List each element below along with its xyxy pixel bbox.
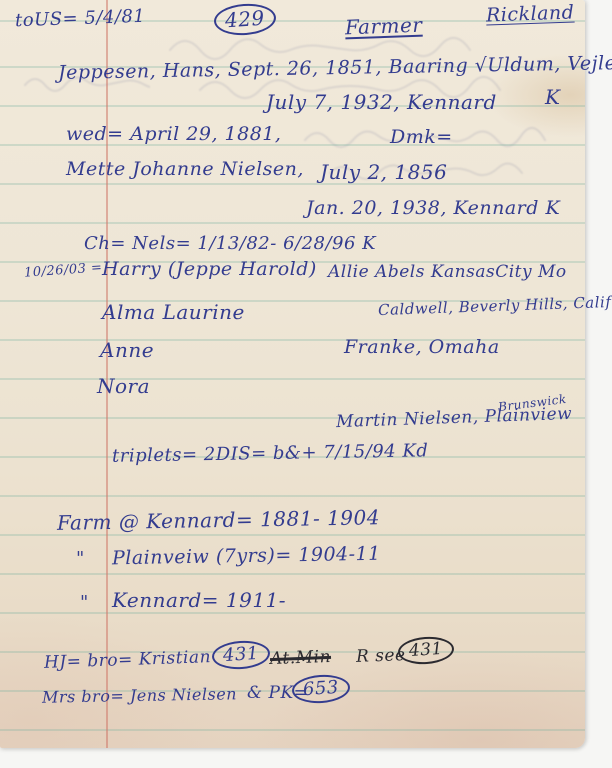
child-1: Ch= Nels= 1/13/82- 6/28/96 K: [84, 233, 376, 254]
ref-431-blue: 431: [212, 641, 270, 669]
child-4: Anne: [100, 338, 154, 362]
occupation: Farmer: [345, 13, 423, 40]
child-5: Nora: [97, 374, 150, 398]
wife-birth: July 2, 1856: [320, 160, 447, 184]
child-3: Alma Laurine: [102, 300, 245, 324]
wife-death: Jan. 20, 1938, Kennard K: [306, 197, 560, 219]
card-number-circled: 429: [214, 4, 276, 35]
child-2-spouse: Allie Abels KansasCity Mo: [328, 262, 567, 282]
ref-653-circled: 653: [292, 675, 350, 703]
farm-history-3: Kennard= 1911-: [112, 588, 286, 612]
immigration-note: toUS= 5/4/81: [15, 6, 146, 32]
margin-date: 10/26/03 =: [24, 260, 103, 280]
ditto-mark: ": [76, 548, 85, 569]
child-4-spouse: Franke, Omaha: [344, 336, 500, 358]
wife-name: Mette Johanne Nielsen,: [66, 158, 304, 180]
hj-brother-note: HJ= bro= Kristian: [44, 647, 212, 673]
farm-history-2: Plainveiw (7yrs)= 1904-11: [112, 543, 381, 570]
triplets-note: triplets= 2DIS= b&+ 7/15/94 Kd: [112, 440, 429, 467]
residence: Rickland: [486, 1, 575, 26]
subject-death-code: K: [545, 85, 560, 109]
card-number: 429: [213, 2, 277, 37]
country-note: Dmk=: [390, 126, 453, 148]
subject-name-birth: Jeppesen, Hans, Sept. 26, 1851, Baaring …: [58, 52, 612, 84]
ditto-mark: ": [80, 592, 89, 613]
mrs-brother-note: Mrs bro= Jens Nielsen: [42, 684, 237, 706]
wedding-date: wed= April 29, 1881,: [66, 123, 281, 145]
child-3-spouse: Caldwell, Beverly Hills, Calif: [378, 293, 612, 319]
subject-death: July 7, 1932, Kennard: [266, 90, 497, 114]
notebook-page: toUS= 5/4/81 429 Farmer Rickland Jeppese…: [0, 0, 585, 748]
ref-431-dark: 431: [398, 637, 454, 664]
struck-out-text: At.Min: [270, 647, 332, 669]
farm-history-1: Farm @ Kennard= 1881- 1904: [57, 505, 380, 535]
child-2: Harry (Jeppe Harold): [102, 258, 317, 280]
